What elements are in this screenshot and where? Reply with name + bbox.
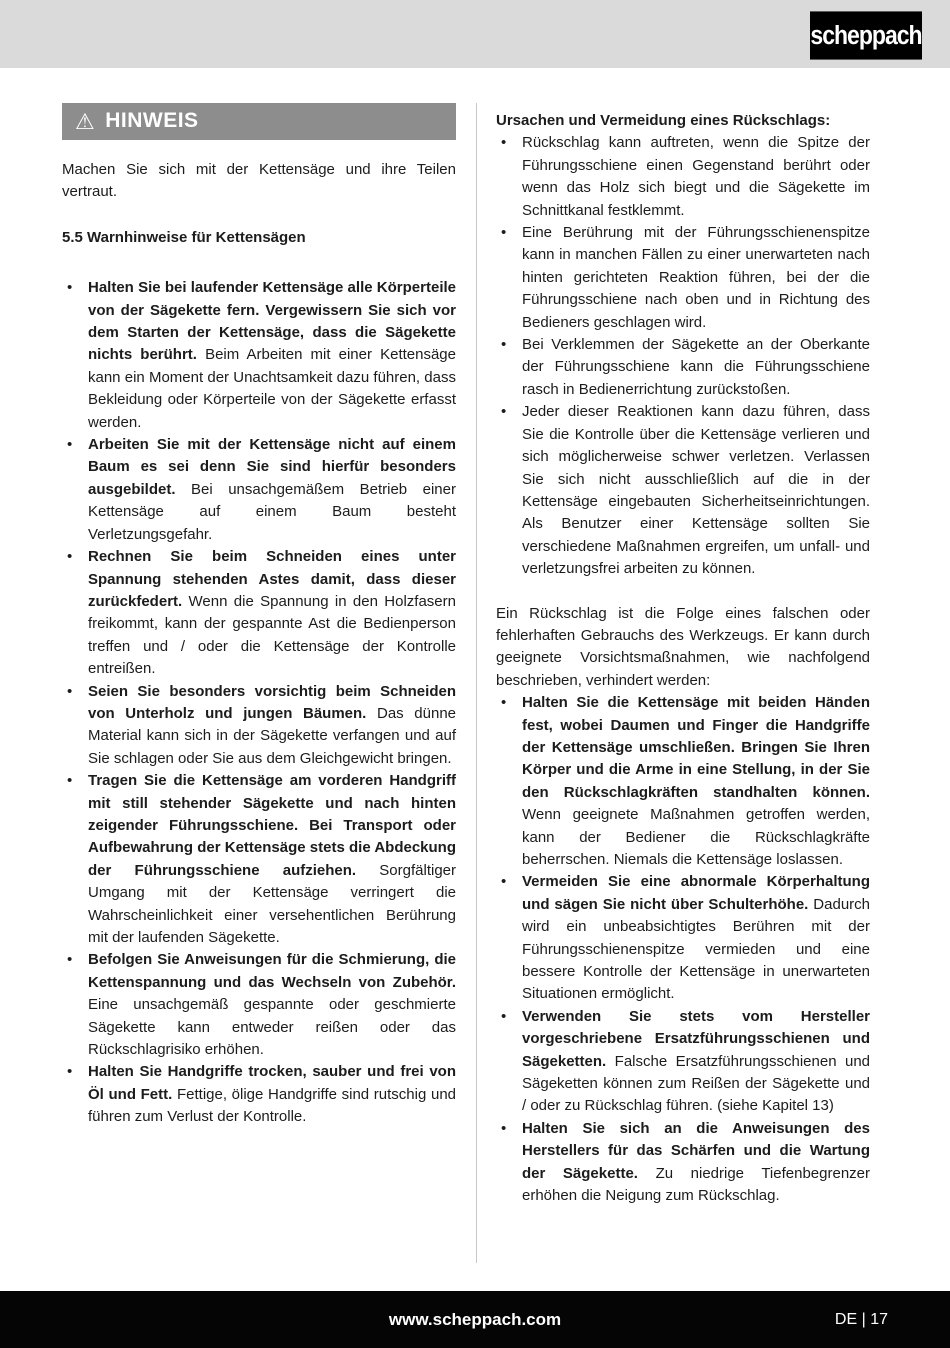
- intro-paragraph: Machen Sie sich mit der Kettensäge und i…: [62, 159, 456, 204]
- kickback-prevention-list: Halten Sie die Kettensäge mit beiden Hän…: [496, 692, 870, 1207]
- scheppach-logo-text: scheppach: [810, 20, 921, 50]
- footer-page-number: DE | 17: [835, 1311, 888, 1329]
- list-item-text: Bei Verklemmen der Sägekette an der Ober…: [522, 336, 870, 398]
- list-item-text: Eine Berührung mit der Führungsschienens…: [522, 224, 870, 331]
- list-item: Verwenden Sie stets vom Hersteller vorge…: [496, 1006, 870, 1118]
- list-item: Bei Verklemmen der Sägekette an der Ober…: [496, 334, 870, 401]
- list-item: Vermeiden Sie eine abnormale Körperhaltu…: [496, 871, 870, 1005]
- list-item-bold-text: Halten Sie die Kettensäge mit beiden Hän…: [522, 694, 870, 801]
- list-item: Halten Sie bei laufender Kettensäge alle…: [62, 277, 456, 434]
- list-item-text: Jeder dieser Reaktionen kann dazu führen…: [522, 403, 870, 577]
- list-item-bold-text: Befolgen Sie Anweisungen für die Schmier…: [88, 951, 456, 990]
- footer-bar: www.scheppach.com DE | 17: [0, 1291, 950, 1348]
- list-item: Rechnen Sie beim Schneiden eines unter S…: [62, 546, 456, 680]
- chainsaw-warning-list: Halten Sie bei laufender Kettensäge alle…: [62, 277, 456, 1128]
- list-item: Eine Berührung mit der Führungsschienens…: [496, 222, 870, 334]
- right-column: Ursachen und Vermeidung eines Rückschlag…: [476, 103, 870, 1263]
- list-item: Seien Sie besonders vorsichtig beim Schn…: [62, 681, 456, 771]
- list-item: Halten Sie sich an die Anweisungen des H…: [496, 1118, 870, 1208]
- notice-banner-label: HINWEIS: [105, 110, 198, 132]
- list-item: Rückschlag kann auftreten, wenn die Spit…: [496, 132, 870, 222]
- left-column: ⚠ HINWEIS Machen Sie sich mit der Ketten…: [62, 103, 456, 1129]
- list-item: Halten Sie Handgriffe trocken, sauber un…: [62, 1061, 456, 1128]
- list-item: Jeder dieser Reaktionen kann dazu führen…: [496, 401, 870, 580]
- list-item-text: Wenn geeignete Maßnahmen getroffen werde…: [522, 806, 870, 868]
- footer-website: www.scheppach.com: [0, 1310, 950, 1330]
- kickback-paragraph: Ein Rückschlag ist die Folge eines falsc…: [496, 603, 870, 693]
- kickback-heading: Ursachen und Vermeidung eines Rückschlag…: [496, 110, 870, 132]
- manual-page: scheppach ⚠ HINWEIS Machen Sie sich mit …: [0, 0, 950, 1348]
- header-band: scheppach: [0, 0, 950, 68]
- scheppach-logo: scheppach: [810, 11, 922, 59]
- list-item-text: Eine unsachgemäß gespannte oder geschmie…: [88, 996, 456, 1058]
- warning-triangle-icon: ⚠: [75, 111, 95, 133]
- list-item: Arbeiten Sie mit der Kettensäge nicht au…: [62, 434, 456, 546]
- kickback-causes-list: Rückschlag kann auftreten, wenn die Spit…: [496, 132, 870, 580]
- section-heading: 5.5 Warnhinweise für Kettensägen: [62, 227, 456, 249]
- page-content: ⚠ HINWEIS Machen Sie sich mit der Ketten…: [0, 68, 950, 1263]
- list-item: Tragen Sie die Kettensäge am vorderen Ha…: [62, 770, 456, 949]
- list-item: Halten Sie die Kettensäge mit beiden Hän…: [496, 692, 870, 871]
- list-item: Befolgen Sie Anweisungen für die Schmier…: [62, 949, 456, 1061]
- list-item-text: Rückschlag kann auftreten, wenn die Spit…: [522, 134, 870, 218]
- notice-banner: ⚠ HINWEIS: [62, 103, 456, 140]
